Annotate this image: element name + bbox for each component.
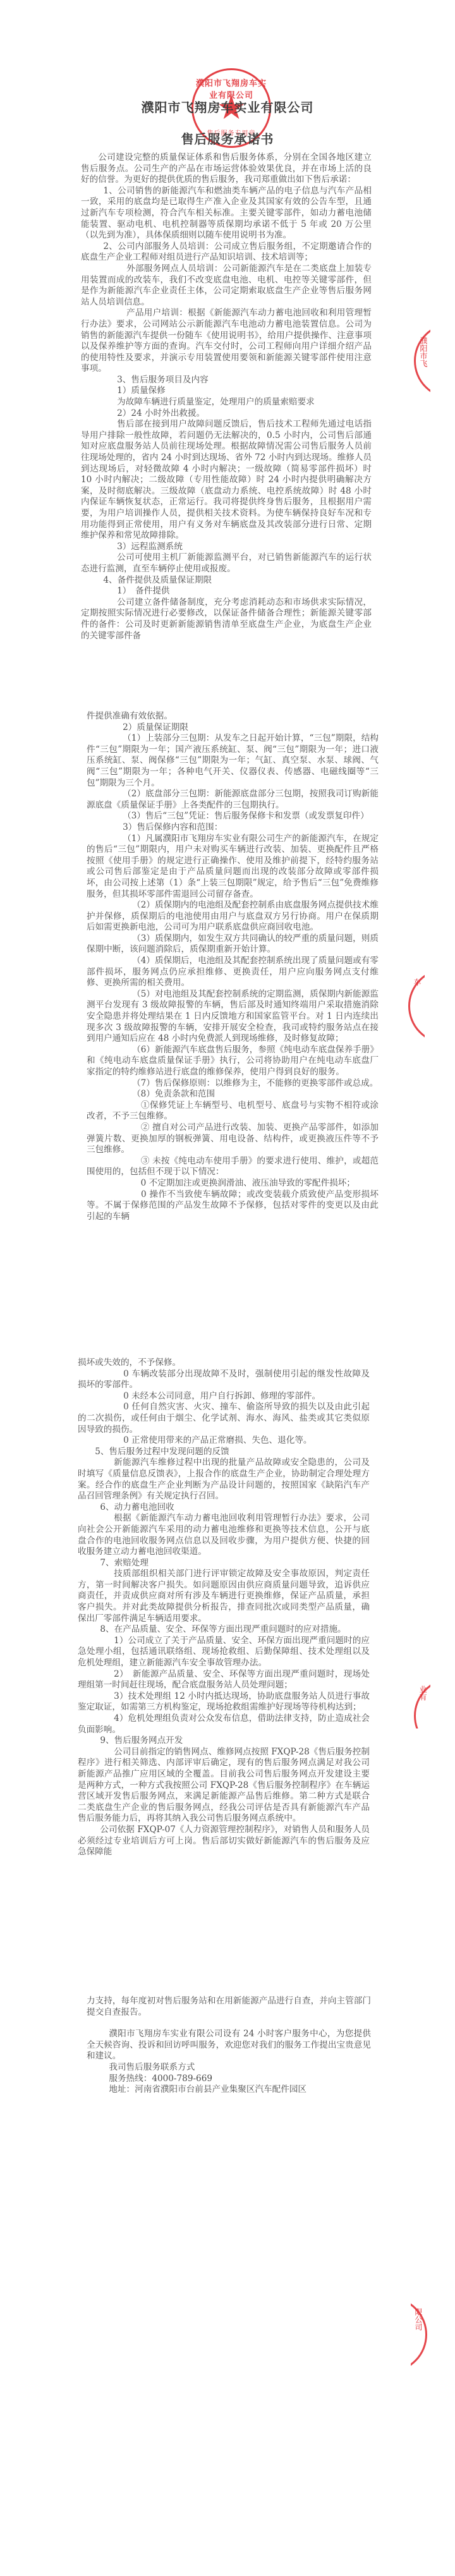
closing-statement: 濮阳市飞翔房车实业有限公司设有 24 小时客户服务中心，为您提供全天候咨询、投诉… — [87, 2029, 371, 2062]
section-heading: 5、售后服务过程中发现问题的反馈 — [78, 1447, 370, 1458]
seam-seal: 濮阳市飞 — [414, 325, 430, 396]
document-title: 售后服务承诺书 — [0, 129, 455, 147]
paragraph: （1）凡属濮阳市飞翔房车实业有限公司生产的新能源汽车，在规定的售后“三包”期限内… — [87, 834, 379, 901]
paragraph: （5）对电池组及其配套控制系统的定期监测，质保期内新能源监测平台发现有 3 级故… — [87, 989, 379, 1045]
paragraph: （1）上装部分三包期：从发车之日起开始计算，“三包”期限，结构件“三包”期限为一… — [87, 733, 379, 789]
subsection-heading: 3）售后保修内容和范围： — [87, 822, 379, 834]
list-item: ③ 未按《纯电动车使用手册》的要求进行使用、维护，或超范围使用的，包括但不现于以… — [87, 1156, 379, 1178]
page-3-body: 损坏或失效的，不予保修。 0 车辆改装部分出现故障不及时，强制使用引起的继发性故… — [78, 1358, 370, 1858]
list-item: 0 车辆改装部分出现故障不及时，强制使用引起的继发性故障及损坏的零部件。 — [78, 1369, 370, 1391]
list-item: 0 操作不当致使车辆故障；或改变装载介质致使产品变形损坏等。不属于保修范围的产品… — [87, 1189, 379, 1223]
seam-seal: 限公司 — [411, 2297, 427, 2374]
section-heading: 3、售后服务项目及内容 — [81, 375, 372, 386]
paragraph: 3）技术处理组 12 小时内抵达现场，协助底盘服务站人员进行事故鉴定取证，如需第… — [78, 1691, 370, 1713]
paragraph: 产品用户培训：根据《新能源汽车动力蓄电池回收和利用管理暂行办法》要求，公司网站公… — [81, 308, 372, 375]
subsection-heading: 1）质量保修 — [81, 386, 372, 397]
list-item: ①保修凭证上车辆型号、电机型号、底盘号与实物不相符或涂改者，不予三包维修。 — [87, 1100, 379, 1122]
page-4-body: 力支持，每年度初对售后服务站和在用新能源产品进行自查，并向主管部门提交自查报告。… — [87, 1996, 371, 2096]
address-label: 地址： — [109, 2084, 135, 2094]
section-heading: 6、动力蓄电池回收 — [78, 1502, 370, 1514]
paragraph: 件提供准确有效依据。 — [87, 711, 379, 722]
contact-heading: 我司售后服务联系方式 — [87, 2062, 371, 2074]
subsection-heading: 2）质量保证期限 — [87, 722, 379, 734]
subsection-heading: 1） 备件提供 — [81, 586, 372, 597]
company-name-heading: 濮阳市飞翔房车实业有限公司 — [0, 97, 455, 116]
page-2: 件提供准确有效依据。 2）质量保证期限 （1）上装部分三包期：从发车之日起开始计… — [0, 695, 455, 1283]
page-1-body: 公司建设完整的质量保证体系和售后服务体系，分别在全国各地区建立售后服务点。公司生… — [81, 152, 372, 641]
paragraph: 4）危机处理组负责对公众发布信息，借助法律支持，防止造成社会负面影响。 — [78, 1713, 370, 1735]
paragraph: 公司可使用主机厂新能源监测平台，对已销售新能源汽车的运行状态进行监测，直至车辆停… — [81, 552, 372, 574]
paragraph: 技质部组织相关部门进行评审锁定故障及安全事故原因，判定责任方，第一时间解决客户损… — [78, 1569, 370, 1624]
paragraph: （3）质保期内，如发生双方共同确认的较严重的质量问题，则质保期中断，该问题消除后… — [87, 933, 379, 956]
paragraph: 2、公司内部服务人员培训：公司成立售后服务组，不定期邀请合作的底盘生产企业工程师… — [81, 241, 372, 264]
paragraph: 公司建立备件储备制度，充分考虑消耗动态和市场供求实际情况，定期按照实际情况进行必… — [81, 597, 372, 641]
section-heading: 7、索赔处理 — [78, 1558, 370, 1569]
paragraph: 为故障车辆进行质量鉴定，处理用户的质量索赔要求 — [81, 397, 372, 408]
seam-seal: 业有 — [414, 1678, 430, 1728]
paragraph: 损坏或失效的，不予保修。 — [78, 1358, 370, 1369]
paragraph: 外部服务网点人员培训：公司新能源汽车是在二类底盘上加装专用装置而成的改装车，我们… — [81, 264, 372, 308]
hotline-row: 服务热线：4000-789-669 — [87, 2074, 371, 2085]
list-item: 0 任何自然灾害、火灾、撞车、偷盗所导致的损失以及由此引起的二次损伤，或任何由于… — [78, 1402, 370, 1435]
section-heading: 4、备件提供及质量保证期限 — [81, 575, 372, 586]
paragraph: 公司目前指定的销售网点、维修网点按照 FXQP-28《售后服务控制程序》进行相关… — [78, 1747, 370, 1825]
paragraph: 根据《新能源汽车动力蓄电池回收利用管理暂行办法》要求，公司向社会公开新能源汽车采… — [78, 1513, 370, 1557]
list-item: 0 未经本公司同意，用户自行拆卸、修理的零部件。 — [78, 1391, 370, 1402]
paragraph: 新能源汽车维修过程中出现的批量产品故障或安全隐患的，公司及时填写《质量信息反馈表… — [78, 1457, 370, 1502]
page-1: 濮阳市飞翔房车实业有限公司 ★ 售后服务专用章 濮阳市飞翔房车实业有限公司 售后… — [0, 0, 455, 569]
subsection-heading: 3）远程监测系统 — [81, 542, 372, 553]
section-heading: 9、售后服务网点开发 — [78, 1735, 370, 1747]
address-value: 河南省濮阳市台前县产业集聚区汽车配件园区 — [135, 2084, 306, 2094]
spacer — [87, 2018, 371, 2029]
paragraph: 售后部在接到用户故障问题反馈后，售后技术工程师先通过电话指导用户排除一般性故障，… — [81, 419, 372, 542]
list-item: 0 正常使用带来的产品正常磨损、失色、退化等。 — [78, 1435, 370, 1447]
paragraph: （4）质保期后，电池组及其配套控制系统出现了质量问题或有零部件损坏，服务网点仍应… — [87, 956, 379, 989]
hotline-label: 服务热线： — [109, 2074, 152, 2084]
paragraph: 2） 新能源产品质量、安全、环保等方面出现严重问题时，现场处理组第一时间赶往现场… — [78, 1669, 370, 1691]
page-2-body: 件提供准确有效依据。 2）质量保证期限 （1）上装部分三包期：从发车之日起开始计… — [87, 711, 379, 1222]
page-3: 损坏或失效的，不予保修。 0 车辆改装部分出现故障不及时，强制使用引起的继发性故… — [0, 1327, 455, 1921]
paragraph: 1）公司成立了关于产品质量、安全、环保方面出现严重问题时的应急处理小组，包括通讯… — [78, 1636, 370, 1669]
paragraph: 力支持，每年度初对售后服务站和在用新能源产品进行自查，并向主管部门提交自查报告。 — [87, 1996, 371, 2018]
hotline-number: 4000-789-669 — [152, 2074, 212, 2084]
paragraph: 公司建设完整的质量保证体系和售后服务体系，分别在全国各地区建立售后服务点。公司生… — [81, 152, 372, 186]
paragraph: （6）新能源汽车底盘售后服务，参照《纯电动车底盘保养手册》和《纯电动车底盘质量保… — [87, 1045, 379, 1078]
subsection-heading: 2）24 小时外出救援。 — [81, 408, 372, 420]
paragraph: （7）售后保修原则：以维修为主，不能修的更换零部件或总成。 — [87, 1078, 379, 1090]
paragraph: （2）底盘部分三包期：新能源底盘部分三包期，按照我司订购新能源底盘《质量保证手册… — [87, 789, 379, 811]
section-heading: 8、在产品质量、安全、环保等方面出现严重问题时的应对措施。 — [78, 1624, 370, 1636]
list-item: 0 不定期加注或更换润滑油、液压油导致的零配件损坏； — [87, 1178, 379, 1189]
address-row: 地址：河南省濮阳市台前县产业集聚区汽车配件园区 — [87, 2084, 371, 2096]
page-4: 力支持，每年度初对售后服务站和在用新能源产品进行自查，并向主管部门提交自查报告。… — [0, 1984, 455, 2576]
paragraph: （2）质保期内的电池组及配套控制系由底盘服务网点提供技术维护并保修，质保期后的电… — [87, 900, 379, 933]
paragraph: 1、公司销售的新能源汽车和燃油类车辆产品的电子信息与汽车产品相一致，采用的底盘均… — [81, 186, 372, 241]
paragraph: 公司依据 FXQP-07《人力资源管理控制程序》，对销售人员和服务人员必须经过专… — [78, 1825, 370, 1858]
seam-seal: 车 — [408, 967, 425, 1049]
list-item: ② 擅自对公司产品进行改装、加装、更换产品零部件，如添加弹簧片数、更换加厚的钢板… — [87, 1122, 379, 1156]
paragraph: （8）免责条款和范围 — [87, 1089, 379, 1100]
paragraph: （3）售后“三包”凭证：售后服务保修卡和发票（或发票复印件） — [87, 811, 379, 822]
